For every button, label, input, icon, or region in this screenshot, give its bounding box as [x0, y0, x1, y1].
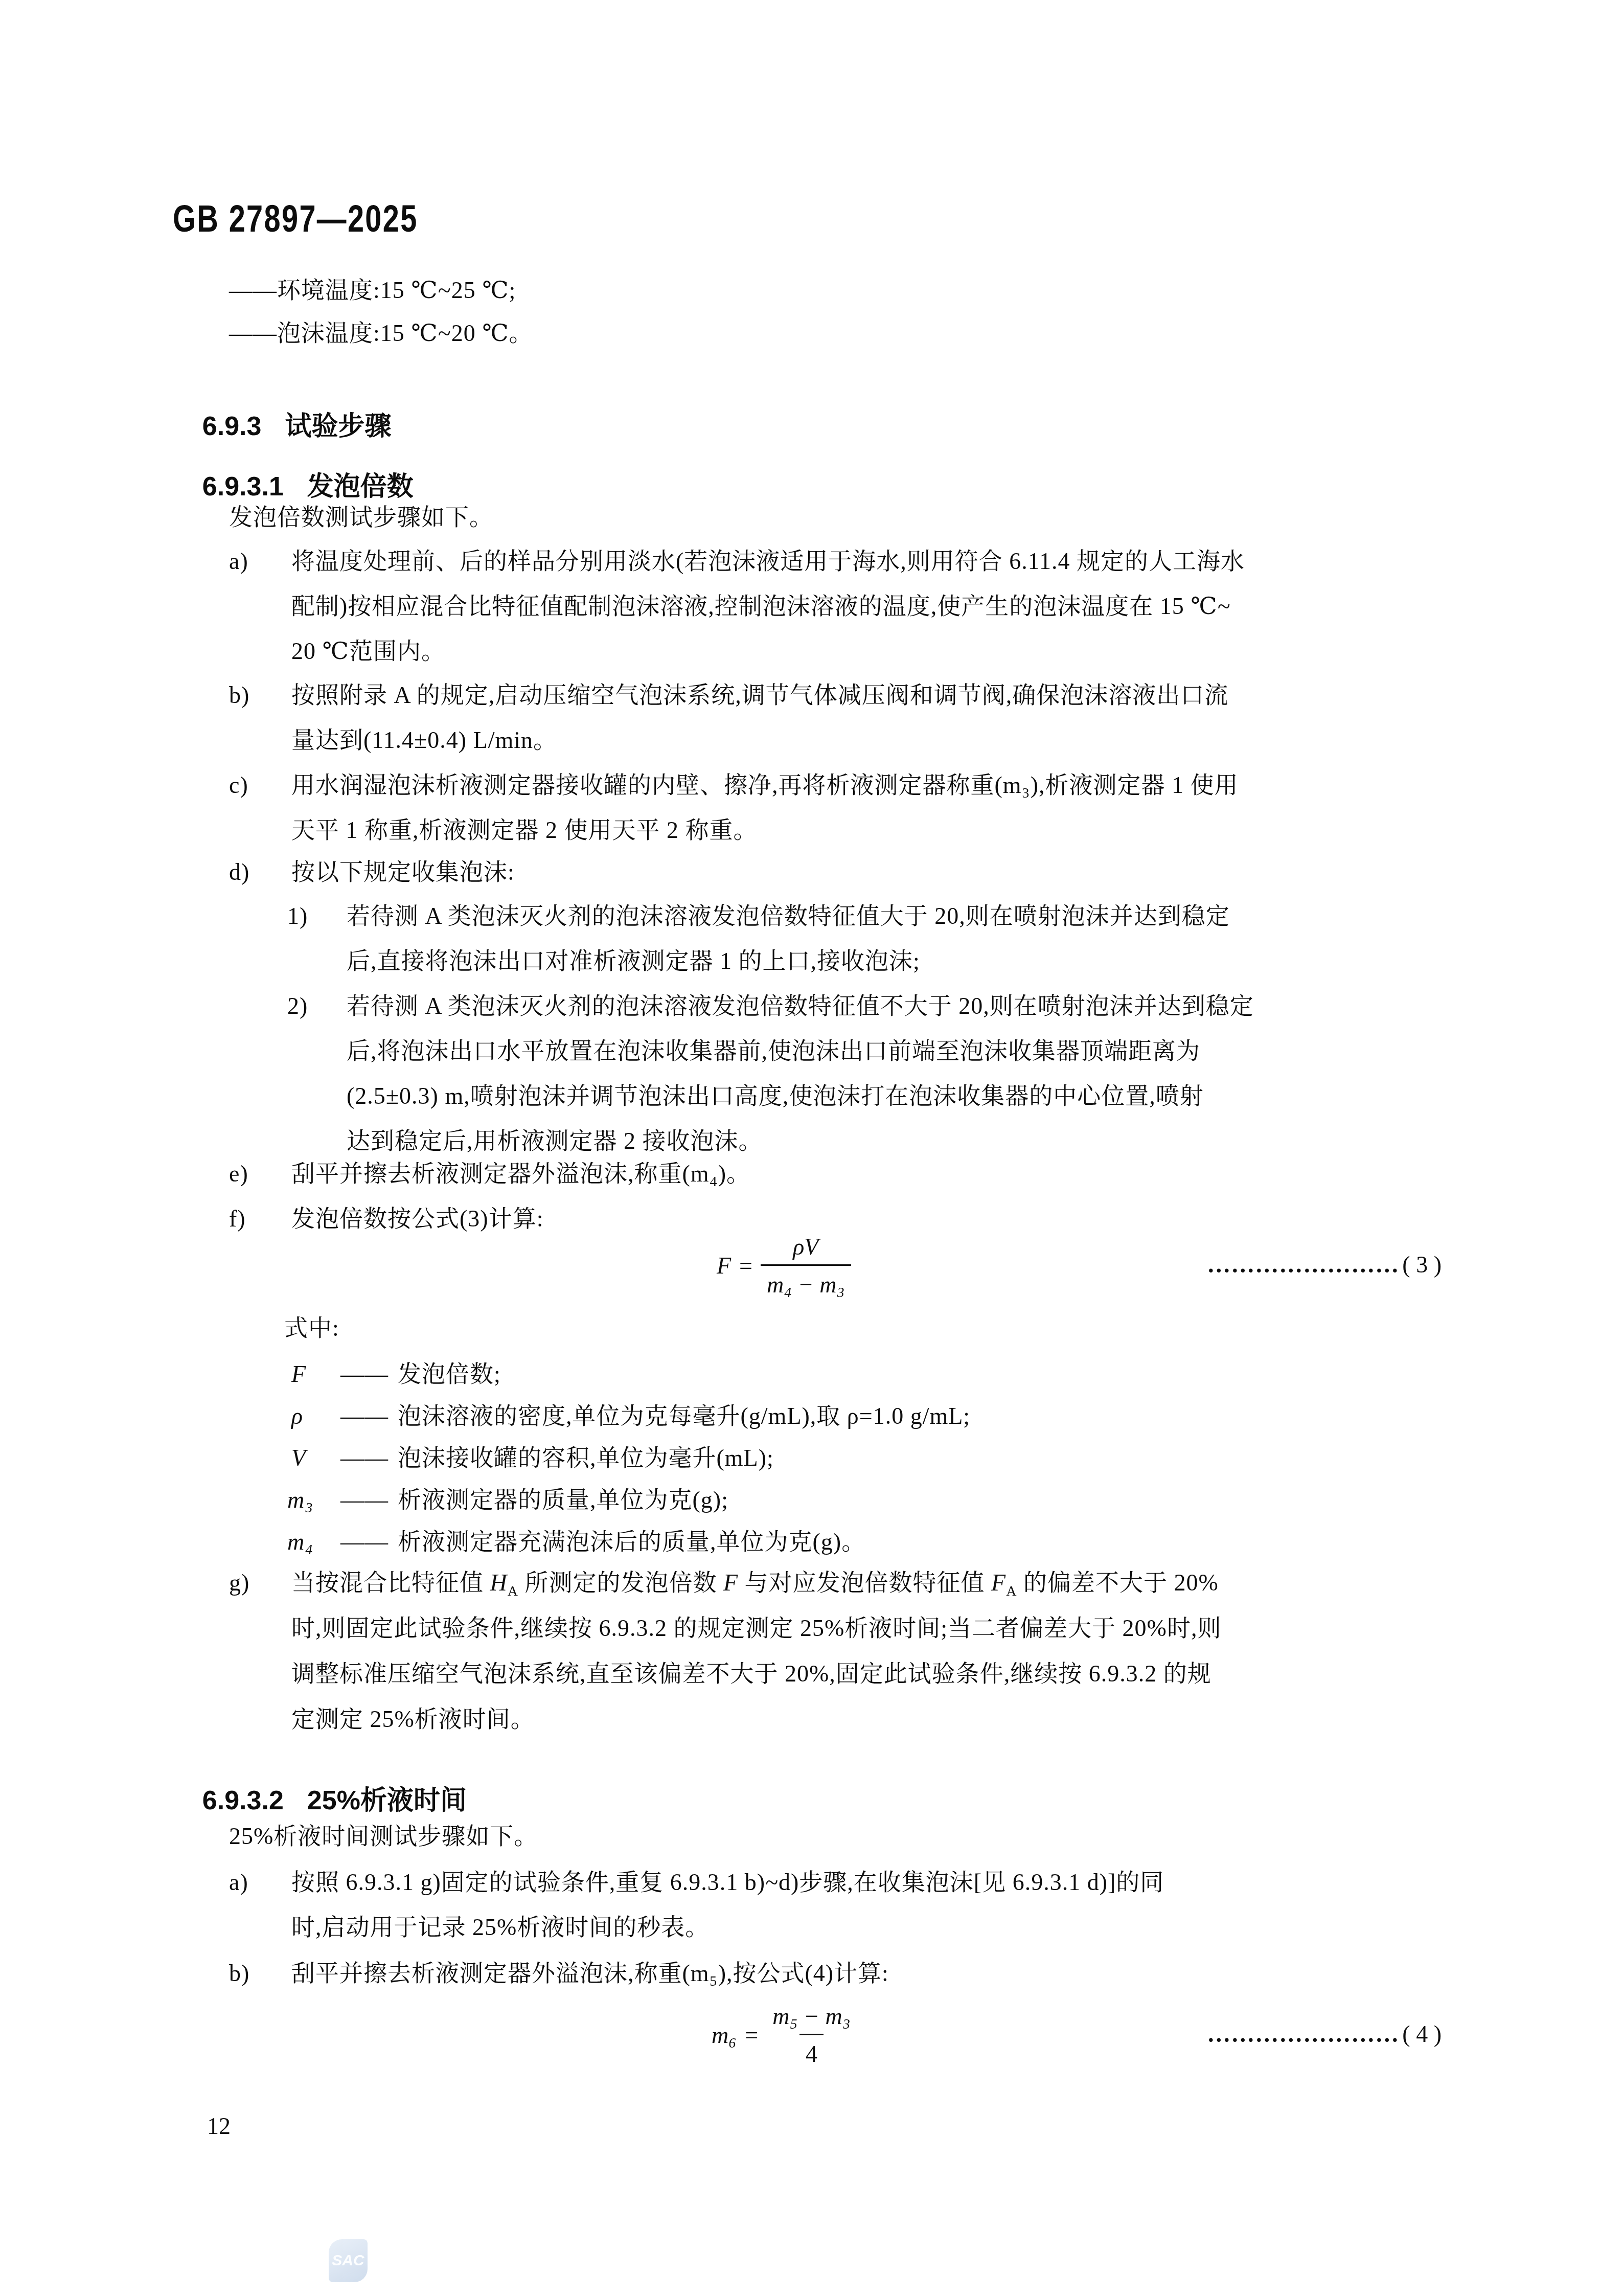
list-item-a2-line-2: 时,启动用于记录 25%析液时间的秒表。 [291, 1913, 709, 1942]
heading-title: 试验步骤 [285, 412, 391, 441]
formula-4-numerator: m₅ − m₃ [766, 2003, 856, 2034]
list-item-g-line-2: 时,则固定此试验条件,继续按 6.9.3.2 的规定测定 25%析液时间;当二者… [291, 1614, 1221, 1643]
intro-line-ambient-temp: ——环境温度:15 ℃~25 ℃; [229, 276, 516, 305]
heading-title: 25%析液时间 [307, 1786, 467, 1815]
definition-dash: —— [340, 1444, 398, 1472]
definition-rho: ρ——泡沫溶液的密度,单位为克每毫升(g/mL),取 ρ=1.0 g/mL; [291, 1402, 970, 1430]
intro-line-foam-temp: ——泡沫温度:15 ℃~20 ℃。 [229, 319, 533, 348]
definition-desc: 泡沫溶液的密度,单位为克每毫升(g/mL),取 ρ=1.0 g/mL; [398, 1403, 970, 1429]
heading-number: 6.9.3.2 [202, 1786, 284, 1815]
list-item-g-line-4: 定测定 25%析液时间。 [291, 1705, 535, 1734]
list-label-f: f) [229, 1204, 291, 1233]
definition-desc: 泡沫接收罐的容积,单位为毫升(mL); [398, 1445, 774, 1471]
list-label-d: d) [229, 858, 291, 886]
sublist-label-2: 2) [287, 992, 347, 1020]
list-label-c: c) [229, 771, 291, 800]
list-item-f-line-1: f)发泡倍数按公式(3)计算: [229, 1204, 543, 1233]
where-label: 式中: [284, 1314, 339, 1343]
definition-symbol: V [291, 1444, 340, 1472]
list-item-a-line-1: a)将温度处理前、后的样品分别用淡水(若泡沫液适用于海水,则用符合 6.11.4… [229, 547, 1245, 576]
sublist-item-2-line-2: 后,将泡沫出口水平放置在泡沫收集器前,使泡沫出口前端至泡沫收集器顶端距离为 [347, 1037, 1200, 1065]
formula-3-numerator: ρV [787, 1233, 825, 1264]
formula-3-fraction: ρVm₄ − m₃ [761, 1233, 851, 1298]
formula-3-reference: ……………………( 3 ) [1207, 1251, 1442, 1278]
equation-number-3: ( 3 ) [1402, 1251, 1442, 1278]
list-label-b: b) [229, 681, 291, 710]
sublist-item-2-line-1: 2)若待测 A 类泡沫灭火剂的泡沫溶液发泡倍数特征值不大于 20,则在喷射泡沫并… [287, 992, 1254, 1020]
formula-4: m₆=m₅ − m₃4 [712, 2003, 857, 2067]
formula-3-lhs: F [717, 1252, 731, 1279]
formula-4-reference: ……………………( 4 ) [1207, 2020, 1442, 2048]
definition-symbol: m₄ [287, 1528, 340, 1556]
var-FA: F [991, 1570, 1006, 1596]
heading-number: 6.9.3.1 [202, 472, 284, 501]
formula-3-equals: = [739, 1252, 752, 1279]
list-item-a-line-3: 20 ℃范围内。 [291, 637, 445, 666]
definition-dash: —— [340, 1486, 398, 1514]
var-F: F [723, 1570, 738, 1596]
definition-symbol: F [291, 1360, 340, 1389]
definition-desc: 发泡倍数; [398, 1361, 501, 1387]
list-item-b-line-1: b)按照附录 A 的规定,启动压缩空气泡沫系统,调节气体减压阀和调节阀,确保泡沫… [229, 681, 1228, 710]
definition-F: F——发泡倍数; [291, 1360, 501, 1389]
heading-number: 6.9.3 [202, 412, 262, 441]
list-item-a2-line-1: a)按照 6.9.3.1 g)固定的试验条件,重复 6.9.3.1 b)~d)步… [229, 1868, 1164, 1897]
definition-symbol: m₃ [287, 1486, 340, 1514]
list-item-c-line-1: c)用水润湿泡沫析液测定器接收罐的内壁、擦净,再将析液测定器称重(m₃),析液测… [229, 771, 1238, 800]
sublist-label-1: 1) [287, 902, 347, 930]
page-number: 12 [207, 2112, 231, 2140]
definition-dash: —— [340, 1402, 398, 1430]
formula-3-denominator: m₄ − m₃ [761, 1264, 851, 1298]
definition-m4: m₄——析液测定器充满泡沫后的质量,单位为克(g)。 [287, 1528, 865, 1556]
equation-number-4: ( 4 ) [1402, 2020, 1442, 2048]
definition-desc: 析液测定器充满泡沫后的质量,单位为克(g)。 [398, 1529, 865, 1555]
dot-leader: …………………… [1207, 1251, 1399, 1278]
definition-dash: —— [340, 1528, 398, 1556]
definition-dash: —— [340, 1360, 398, 1389]
list-item-a-line-2: 配制)按相应混合比特征值配制泡沫溶液,控制泡沫溶液的温度,使产生的泡沫温度在 1… [291, 592, 1231, 621]
definition-m3: m₃——析液测定器的质量,单位为克(g); [287, 1486, 728, 1514]
var-HA-subscript: A [508, 1583, 518, 1599]
sublist-item-2-line-4: 达到稳定后,用析液测定器 2 接收泡沫。 [347, 1127, 763, 1155]
sublist-item-1-line-1: 1)若待测 A 类泡沫灭火剂的泡沫溶液发泡倍数特征值大于 20,则在喷射泡沫并达… [287, 902, 1230, 930]
definition-symbol: ρ [291, 1402, 340, 1430]
paragraph-6931-intro: 发泡倍数测试步骤如下。 [229, 503, 493, 532]
sublist-item-2-line-3: (2.5±0.3) m,喷射泡沫并调节泡沫出口高度,使泡沫打在泡沫收集器的中心位… [347, 1082, 1204, 1110]
list-label-b2: b) [229, 1959, 291, 1988]
list-item-b-line-2: 量达到(11.4±0.4) L/min。 [291, 726, 557, 755]
var-HA: H [490, 1570, 508, 1596]
list-item-g-line-3: 调整标准压缩空气泡沫系统,直至该偏差不大于 20%,固定此试验条件,继续按 6.… [291, 1660, 1211, 1688]
dot-leader: …………………… [1207, 2020, 1399, 2048]
paragraph-6932-intro: 25%析液时间测试步骤如下。 [229, 1822, 538, 1851]
list-item-g-line-1: g)当按混合比特征值 HA 所测定的发泡倍数 F 与对应发泡倍数特征值 FA 的… [229, 1568, 1219, 1597]
heading-title: 发泡倍数 [307, 472, 414, 502]
list-item-d-line-1: d)按以下规定收集泡沫: [229, 858, 515, 886]
var-FA-subscript: A [1006, 1583, 1017, 1599]
list-label-g: g) [229, 1568, 291, 1597]
definition-desc: 析液测定器的质量,单位为克(g); [398, 1487, 728, 1513]
list-label-e: e) [229, 1160, 291, 1188]
list-item-e-line-1: e)刮平并擦去析液测定器外溢泡沫,称重(m₄)。 [229, 1160, 750, 1188]
formula-4-lhs: m₆ [712, 2021, 737, 2049]
list-label-a: a) [229, 547, 291, 576]
list-label-a2: a) [229, 1868, 291, 1897]
doc-number: GB 27897—2025 [173, 204, 418, 233]
formula-3: F=ρVm₄ − m₃ [717, 1233, 851, 1298]
formula-4-equals: = [745, 2021, 758, 2049]
definition-V: V——泡沫接收罐的容积,单位为毫升(mL); [291, 1444, 774, 1472]
sublist-item-1-line-2: 后,直接将泡沫出口对准析液测定器 1 的上口,接收泡沫; [347, 947, 920, 975]
formula-4-fraction: m₅ − m₃4 [766, 2003, 856, 2067]
sac-watermark-logo: SAC [329, 2239, 368, 2282]
list-item-b2-line-1: b)刮平并擦去析液测定器外溢泡沫,称重(m₅),按公式(4)计算: [229, 1959, 889, 1988]
formula-4-denominator: 4 [799, 2034, 824, 2067]
list-item-c-line-2: 天平 1 称重,析液测定器 2 使用天平 2 称重。 [291, 816, 758, 845]
document-page: GB 27897—2025 ——环境温度:15 ℃~25 ℃; ——泡沫温度:1… [0, 0, 1623, 2296]
